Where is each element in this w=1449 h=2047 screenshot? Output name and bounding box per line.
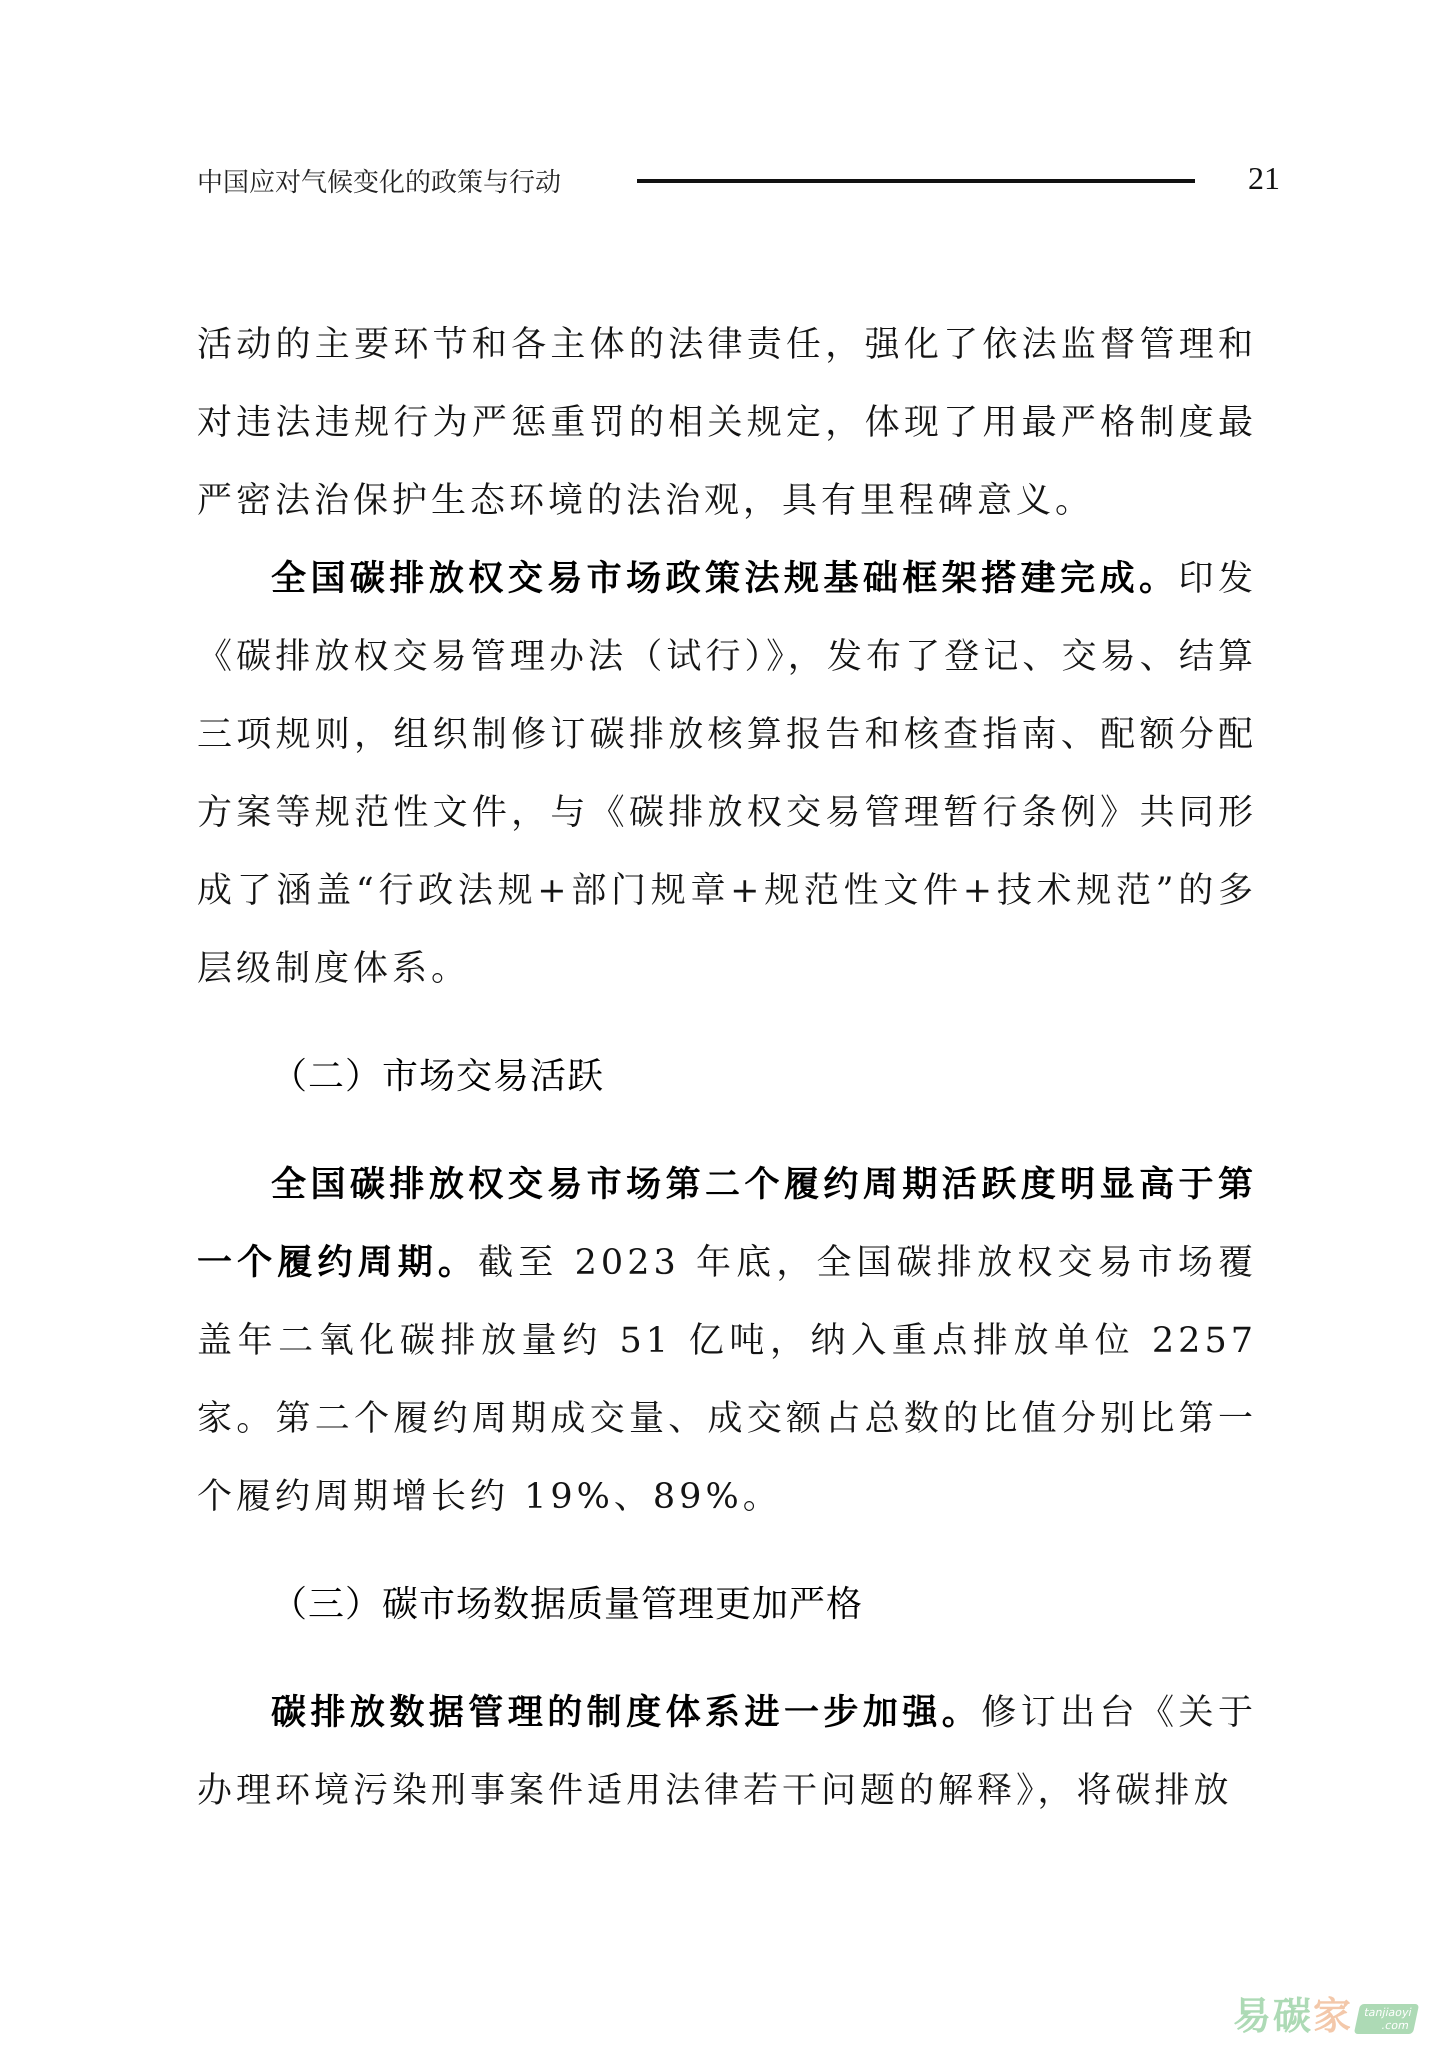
- paragraph-text: 截至 2023 年底，全国碳排放权交易市场覆盖年二氧化碳排放量约 51 亿吨，纳…: [197, 1243, 1257, 1517]
- section-heading-data-quality: （三）碳市场数据质量管理更加严格: [197, 1566, 1257, 1644]
- running-header: 中国应对气候变化的政策与行动 21: [197, 158, 1287, 198]
- watermark-char: 家: [1313, 1994, 1351, 2038]
- watermark-char: 碳: [1273, 1994, 1311, 2038]
- watermark-logo: 易 碳 家 tanjiaoyi .com: [1233, 1992, 1416, 2038]
- watermark-domain-line: .com: [1360, 2019, 1410, 2032]
- spacer: [197, 1536, 1257, 1566]
- paragraph-lead: 碳排放数据管理的制度体系进一步加强。: [271, 1693, 981, 1733]
- page-body: 活动的主要环节和各主体的法律责任，强化了依法监督管理和对违法违规行为严惩重罚的相…: [197, 306, 1257, 1830]
- section-heading-market-activity: （二）市场交易活跃: [197, 1038, 1257, 1116]
- spacer: [197, 1644, 1257, 1674]
- header-title: 中国应对气候变化的政策与行动: [197, 162, 561, 199]
- paragraph-text: 印发《碳排放权交易管理办法（试行）》，发布了登记、交易、结算三项规则，组织制修订…: [197, 559, 1257, 989]
- page-number: 21: [1248, 160, 1280, 197]
- paragraph-data-management: 碳排放数据管理的制度体系进一步加强。修订出台《关于办理环境污染刑事案件适用法律若…: [197, 1674, 1257, 1830]
- watermark-domain-line: tanjiaoyi: [1363, 2006, 1413, 2019]
- spacer: [197, 1116, 1257, 1146]
- paragraph-carbon-market-framework: 全国碳排放权交易市场政策法规基础框架搭建完成。印发《碳排放权交易管理办法（试行）…: [197, 540, 1257, 1008]
- paragraph-text: 活动的主要环节和各主体的法律责任，强化了依法监督管理和对违法违规行为严惩重罚的相…: [197, 325, 1257, 521]
- spacer: [197, 1008, 1257, 1038]
- paragraph-lead: 全国碳排放权交易市场政策法规基础框架搭建完成。: [271, 559, 1179, 599]
- header-rule: [637, 179, 1195, 183]
- paragraph-trading-activity: 全国碳排放权交易市场第二个履约周期活跃度明显高于第一个履约周期。截至 2023 …: [197, 1146, 1257, 1536]
- watermark-char: 易: [1233, 1994, 1271, 2038]
- watermark-domain-badge: tanjiaoyi .com: [1354, 2004, 1420, 2034]
- paragraph-continued: 活动的主要环节和各主体的法律责任，强化了依法监督管理和对违法违规行为严惩重罚的相…: [197, 306, 1257, 540]
